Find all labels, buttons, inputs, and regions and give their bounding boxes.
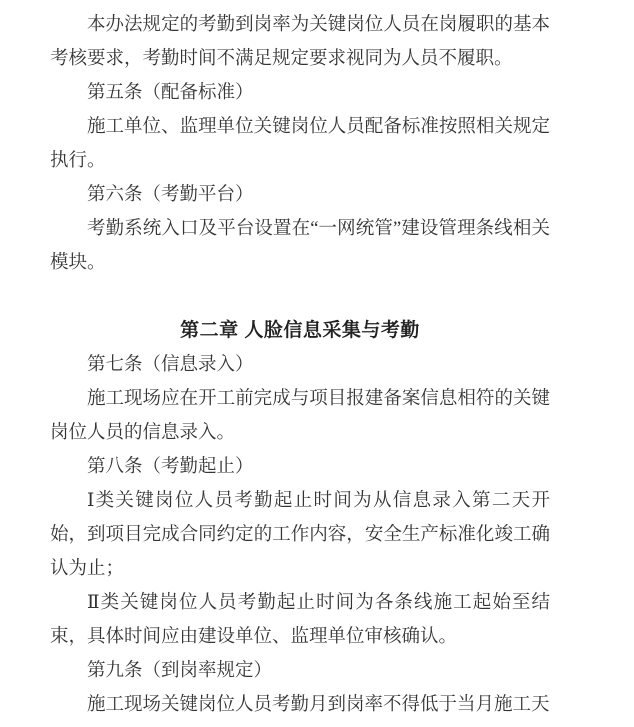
- paragraph: 第九条（到岗率规定）: [50, 654, 550, 688]
- paragraph: Ⅱ类关键岗位人员考勤起止时间为各条线施工起始至结束，具体时间应由建设单位、监理单…: [50, 586, 550, 654]
- paragraph: 施工现场关键岗位人员考勤月到岗率不得低于当月施工天: [50, 688, 550, 722]
- paragraph: 第五条（配备标准）: [50, 76, 550, 110]
- chapter-heading: 第二章 人脸信息采集与考勤: [50, 314, 550, 348]
- paragraph: 第七条（信息录入）: [50, 348, 550, 382]
- paragraph: 考勤系统入口及平台设置在“一网统管”建设管理条线相关模块。: [50, 212, 550, 280]
- paragraph: 第六条（考勤平台）: [50, 178, 550, 212]
- paragraph: 施工单位、监理单位关键岗位人员配备标准按照相关规定执行。: [50, 110, 550, 178]
- paragraph: 第八条（考勤起止）: [50, 450, 550, 484]
- paragraph: Ⅰ类关键岗位人员考勤起止时间为从信息录入第二天开始，到项目完成合同约定的工作内容…: [50, 484, 550, 586]
- paragraph: 本办法规定的考勤到岗率为关键岗位人员在岗履职的基本考核要求，考勤时间不满足规定要…: [50, 8, 550, 76]
- document-page: 本办法规定的考勤到岗率为关键岗位人员在岗履职的基本考核要求，考勤时间不满足规定要…: [0, 0, 634, 727]
- paragraph: 施工现场应在开工前完成与项目报建备案信息相符的关键岗位人员的信息录入。: [50, 382, 550, 450]
